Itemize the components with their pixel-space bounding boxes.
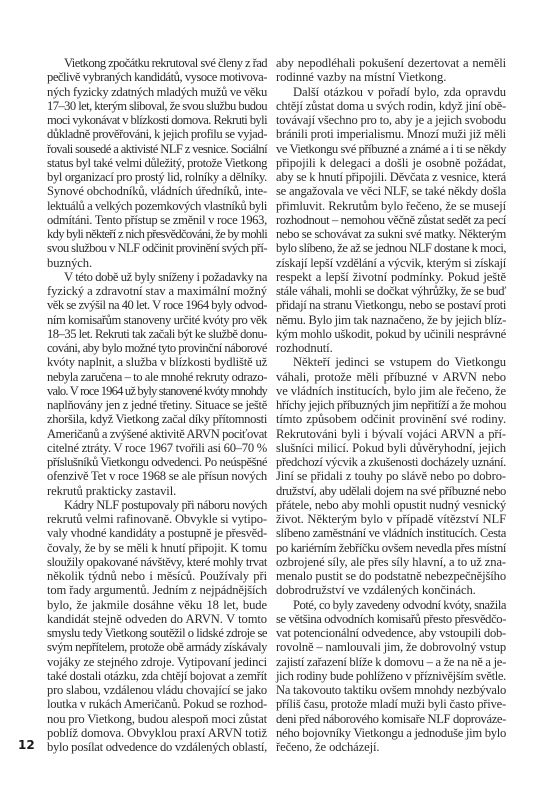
text-line: naplňovány jen z jedné třetiny. Situace … (47, 398, 267, 412)
text-line: družství, aby udělali dojem na své příbu… (276, 484, 506, 498)
text-line: bylo posílat odvedence do vzdálených obl… (47, 740, 267, 754)
text-line: ozbrojené síly, ale přes síly hlavní, a … (276, 555, 506, 569)
text-line: tímto způsobem odčinit provinění své rod… (276, 412, 506, 426)
book-page: Vietkong zpočátku rekrutoval své členy z… (0, 0, 559, 800)
text-line: továvají všechno pro to, aby je a jejich… (276, 113, 506, 127)
text-line: němu. Bylo jim tak naznačeno, že by jeji… (276, 313, 506, 327)
text-line: odmítáni. Tento přístup se změnil v roce… (47, 213, 267, 227)
page-number: 12 (18, 738, 35, 752)
text-line: rekrutů prakticky zastavil. (47, 484, 267, 498)
text-line: rodinné vazby na místní Vietkong. (276, 70, 506, 84)
text-line: rozhodnutí. (276, 341, 506, 355)
text-line: přátele, nebo aby mohli opustit nudný ve… (276, 498, 506, 512)
text-line: 17–30 let, kterým sliboval, že svou služ… (47, 99, 267, 113)
text-line: příliš času, protože mladí muži byli čas… (276, 697, 506, 711)
text-line: aby se k hnutí připojili. Děvčata z vesn… (276, 170, 506, 184)
text-line: Jiní se přidali z touhy po slávě nebo po… (276, 469, 506, 483)
text-line: po kariérním žebříčku ovšem nevedla přes… (276, 541, 506, 555)
text-line: ného bojovníky Vietkongu a jednoduše jim… (276, 726, 506, 740)
text-line: fyzický a zdravotní stav a maximální mož… (47, 284, 267, 298)
text-line: Kádry NLF postupovaly při náboru nových (47, 498, 267, 512)
text-line: důkladně prověřováni, k jejich profilu s… (47, 127, 267, 141)
left-text-column: Vietkong zpočátku rekrutoval své členy z… (47, 56, 267, 754)
text-line: pro slabou, vzdálenou vládu chovající se… (47, 683, 267, 697)
text-line: zajistí zařazení blíže k domovu – a že n… (276, 655, 506, 669)
text-line: respekt a lepší životní podmínky. Pokud … (276, 270, 506, 284)
text-line: Poté, co byly zavedeny odvodní kvóty, sn… (276, 598, 506, 612)
text-line: slušníci milicí. Pokud byli důvěryhodní,… (276, 441, 506, 455)
text-line: cováni, aby bylo možné tyto provinční ná… (47, 341, 267, 355)
text-line: přimluvit. Rekrutům bylo řečeno, že se m… (276, 199, 506, 213)
text-line: byl organizací pro prostý lid, rolníky a… (47, 170, 267, 184)
text-line: řovali sousedé a aktivisté NLF z vesnice… (47, 142, 267, 156)
text-line: smyslu tedy Vietkong soutěžil o lidské z… (47, 626, 267, 640)
right-text-column: aby nepodléhali pokušení dezertovat a ne… (276, 56, 506, 754)
text-line: stále váhali, mohli se dočkat výhrůžky, … (276, 284, 506, 298)
text-line: čovaly, že by se měli k hnutí připojit. … (47, 541, 267, 555)
text-line: aby nepodléhali pokušení dezertovat a ne… (276, 56, 506, 70)
text-line: buzných. (47, 256, 267, 270)
text-line: bránili proti imperialismu. Mnozí muži j… (276, 127, 506, 141)
text-line: nebo se schovávat za sukni své matky. Ně… (276, 227, 506, 241)
text-line: Vietkong zpočátku rekrutoval své členy z… (47, 56, 267, 70)
text-line: tom řady argumentů. Jedním z nejpádnější… (47, 583, 267, 597)
text-line: připojili k delegaci a došli je osobně p… (276, 156, 506, 170)
text-line: ofenzivě Tet v roce 1968 se ale přísun n… (47, 469, 267, 483)
text-line: Někteří jedinci se vstupem do Vietkongu (276, 355, 506, 369)
text-line: nou pro Vietkong, budou alespoň moci zůs… (47, 712, 267, 726)
text-line: pečlivě vybraných kandidátů, vysoce moti… (47, 70, 267, 84)
text-line: slíbeno zaměstnání ve vládních institucí… (276, 526, 506, 540)
text-line: Další otázkou v pořadí bylo, zda opravdu (276, 85, 506, 99)
text-line: valy vhodné kandidáty a postupně je přes… (47, 526, 267, 540)
text-line: vat potencionální odvedence, aby vstoupi… (276, 626, 506, 640)
text-line: se většina odvodních komisařů přesto pře… (276, 612, 506, 626)
text-line: Rekrutováni byli i bývalí vojáci ARVN a … (276, 427, 506, 441)
text-line: kvóty naplnit, a služba v blízkosti bydl… (47, 355, 267, 369)
text-line: svou službou v NLF odčinit provinění svý… (47, 241, 267, 255)
text-line: kdy byli někteří z nich přesvědčováni, ž… (47, 227, 267, 241)
text-line: získají lepší vzdělání a výcvik, kterým … (276, 256, 506, 270)
text-line: zhoršila, když Vietkong začal díky příto… (47, 412, 267, 426)
text-line: bylo, že jakmile dosáhne věku 18 let, bu… (47, 598, 267, 612)
text-line: řečeno, že odcházejí. (276, 740, 506, 754)
text-line: Synové obchodníků, vládních úředníků, in… (47, 184, 267, 198)
text-line: ve vládních institucích, bylo jim ale ře… (276, 384, 506, 398)
text-line: menalo pustit se do podstatně nebezpečně… (276, 569, 506, 583)
text-line: váhali, protože měli příbuzné v ARVN neb… (276, 370, 506, 384)
text-line: dobrodružství ve vzdálených končinách. (276, 583, 506, 597)
text-line: Američanů a zvýšené aktivitě ARVN pociťo… (47, 427, 267, 441)
text-line: svým nepřítelem, protože obě armády získ… (47, 640, 267, 654)
text-line: valo. V roce 1964 už byly stanovené kvót… (47, 384, 267, 398)
text-line: ných fyzicky zdatných mladých mužů ve vě… (47, 85, 267, 99)
text-line: sloužily opakované návštěvy, které mohly… (47, 555, 267, 569)
text-line: život. Některým bylo v případě vítězství… (276, 512, 506, 526)
text-line: hříchy jejich příbuzných jim nepřitíží a… (276, 398, 506, 412)
text-line: několik týdnů nebo i měsíců. Používaly p… (47, 569, 267, 583)
text-line: se angažovala ve věci NLF, se také někdy… (276, 184, 506, 198)
text-line: chtějí zůstat doma u svých rodin, když j… (276, 99, 506, 113)
text-line: kým mohlo uškodit, pokud by učinili nesp… (276, 327, 506, 341)
text-line: vojáky ze stejného zdroje. Vytipovaní je… (47, 655, 267, 669)
text-line: status byl také velmi důležitý, protože … (47, 156, 267, 170)
text-line: rekrutů velmi rafinovaně. Obvykle si vyt… (47, 512, 267, 526)
text-line: V této době už byly sníženy i požadavky … (47, 270, 267, 284)
text-line: lektuálů a velkých pozemkových vlastníků… (47, 199, 267, 213)
text-line: ním komisařům stanoveny určité kvóty pro… (47, 313, 267, 327)
text-line: loutka v rukách Američanů. Pokud se rozh… (47, 697, 267, 711)
text-line: přidají na stranu Vietkongu, nebo se pos… (276, 298, 506, 312)
text-line: poblíž domova. Obvyklou praxí ARVN totiž (47, 726, 267, 740)
text-line: bylo slíbeno, že až se jednou NLF dostan… (276, 241, 506, 255)
text-line: ve Vietkongu své příbuzné a známé a i ti… (276, 142, 506, 156)
text-line: moci vykonávat v blízkosti domova. Rekru… (47, 113, 267, 127)
text-line: příslušníků Vietkongu odvedenci. Po neús… (47, 455, 267, 469)
text-line: kandidát stejně odveden do ARVN. V tomto (47, 612, 267, 626)
text-line: citelné ztráty. V roce 1967 tvořili asi … (47, 441, 267, 455)
text-line: také dostali otázku, zda chtějí bojovat … (47, 669, 267, 683)
text-line: rovolně – namlouvali jim, že dobrovolný … (276, 640, 506, 654)
text-line: 18–35 let. Rekruti tak začali být ke slu… (47, 327, 267, 341)
text-line: předchozí výcvik a zkušenosti docházely … (276, 455, 506, 469)
text-line: nebyla zaručena – to ale mnohé rekruty o… (47, 370, 267, 384)
text-line: věk se zvýšil na 40 let. V roce 1964 byl… (47, 298, 267, 312)
text-line: rozhodnout – nemohou věčně zůstat sedět … (276, 213, 506, 227)
text-line: Na takovouto taktiku ovšem mnohdy nezbýv… (276, 683, 506, 697)
text-line: deni před náborového komisaře NLF doprov… (276, 712, 506, 726)
text-line: jich rodiny bude pohlíženo v příznivější… (276, 669, 506, 683)
